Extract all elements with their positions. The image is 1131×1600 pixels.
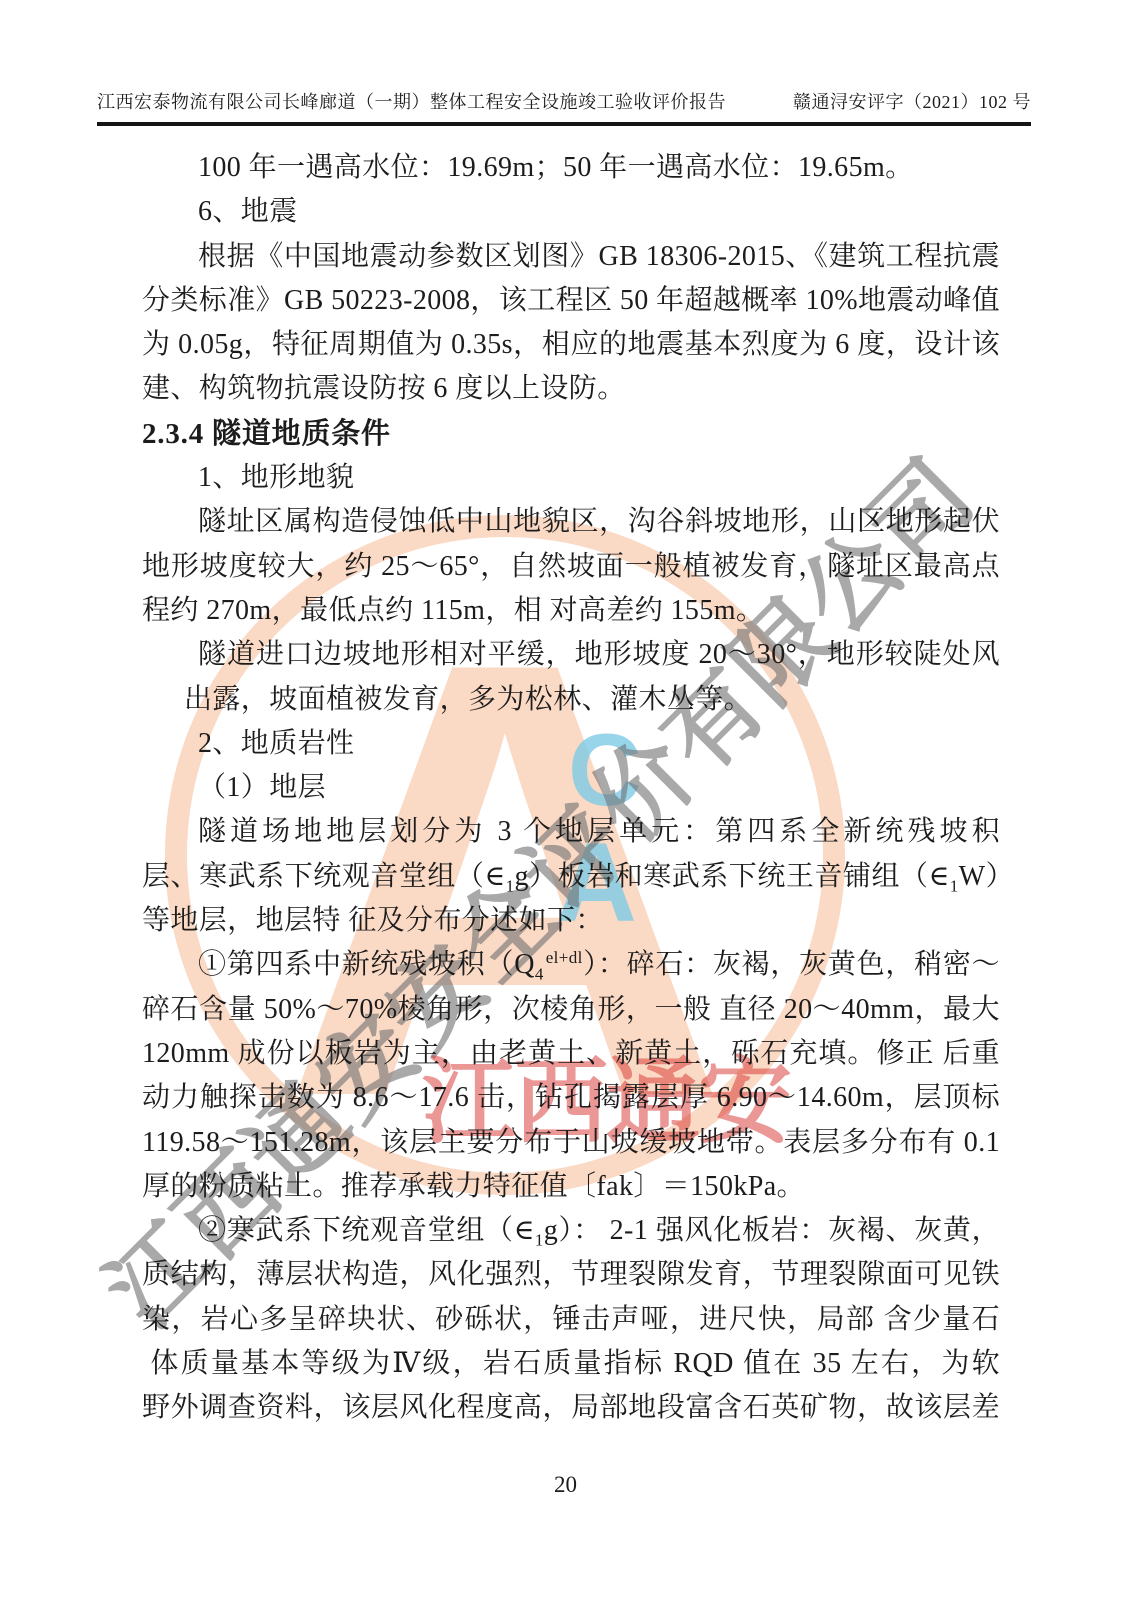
text-line: 动力触探击数为 8.6～17.6 击，钻孔揭露层厚 6.90～14.60m，层顶… [142, 1076, 1000, 1120]
text-line: ①第四系中新统残坡积（Q4el+dl）：碎石：灰褐，灰黄色，稍密～中密， [142, 943, 1000, 987]
text-line: 野外调查资料，该层风化程度高，局部地段富含石英矿物，故该层差异风化 [142, 1386, 1000, 1430]
text-line: 厚的粉质粘土。推荐承载力特征值〔fak〕＝150kPa。 [142, 1165, 1000, 1209]
text-line: 120mm 成份以板岩为主，由老黄土、新黄土，砾石充填。修正 后重型圆锥 [142, 1032, 1000, 1076]
text-line: 体质量基本等级为Ⅳ级，岩石质量指标 RQD 值在 35 左右，为软岩。根据 [142, 1342, 1000, 1386]
text-line: ②寒武系下统观音堂组（∈1g）： 2-1 强风化板岩：灰褐、灰黄，砂泥 [142, 1209, 1000, 1253]
text-line: 119.58～151.28m，该层主要分布于山坡缓坡地带。表层多分布有 0.1～… [142, 1121, 1000, 1165]
text-line: 隧道场地地层划分为 3 个地层单元：第四系全新统残坡积（Q4el+dl） [142, 810, 1000, 854]
page-number: 20 [0, 1472, 1131, 1498]
text-line: 分类标准》GB 50223-2008，该工程区 50 年超越概率 10%地震动峰… [142, 279, 1000, 323]
text-line: 1、地形地貌 [142, 456, 1000, 500]
text-line: 层、寒武系下统观音堂组（∈1g）板岩和寒武系下统王音铺组（∈1W）页岩 [142, 855, 1000, 899]
text-line: 6、地震 [142, 190, 1000, 234]
document-page: { "header": { "left": "江西宏泰物流有限公司长峰廊道（一期… [0, 0, 1131, 1600]
text-line: 等地层，地层特 征及分布分述如下： [142, 899, 1000, 943]
text-line: 2、地质岩性 [142, 722, 1000, 766]
text-line: 质结构，薄层状构造，风化强烈，节理裂隙发育，节理裂隙面可见铁锰质侵 [142, 1253, 1000, 1297]
text-line: 2.3.4 隧道地质条件 [142, 412, 1000, 456]
text-line: 程约 270m，最低点约 115m，相 对高差约 155m。 [142, 589, 1000, 633]
header-document-number: 赣通浔安评字（2021）102 号 [793, 88, 1031, 114]
text-line: 地形坡度较大，约 25～65°，自然坡面一般植被发育，隧址区最高点地面高 [142, 545, 1000, 589]
text-line: 碎石含量 50%～70%棱角形，次棱角形，一般 直径 20～40mm，最大粒径 [142, 988, 1000, 1032]
page-header: 江西宏泰物流有限公司长峰廊道（一期）整体工程安全设施竣工验收评价报告 赣通浔安评… [97, 88, 1031, 126]
header-divider-line [97, 122, 1031, 126]
text-line: 建、构筑物抗震设防按 6 度以上设防。 [142, 367, 1000, 411]
text-line: 染，岩心多呈碎块状、砂砾状，锤击声哑，进尺快，局部 含少量石英，岩 [142, 1298, 1000, 1342]
text-line: 为 0.05g，特征周期值为 0.35s，相应的地震基本烈度为 6 度，设计该项… [142, 323, 1000, 367]
text-line: （1）地层 [142, 766, 1000, 810]
text-line: 出露，坡面植被发育，多为松林、灌木丛等。 [142, 678, 1000, 722]
text-line: 隧道进口边坡地形相对平缓，地形坡度 20～30°，地形较陡处风化基岩 [142, 633, 1000, 677]
text-line: 隧址区属构造侵蚀低中山地貌区，沟谷斜坡地形，山区地形起伏较大， [142, 500, 1000, 544]
header-report-title: 江西宏泰物流有限公司长峰廊道（一期）整体工程安全设施竣工验收评价报告 [97, 88, 726, 114]
text-line: 100 年一遇高水位：19.69m；50 年一遇高水位：19.65m。 [142, 146, 1000, 190]
text-line: 根据《中国地震动参数区划图》GB 18306-2015、《建筑工程抗震设防 [142, 235, 1000, 279]
document-body: 100 年一遇高水位：19.69m；50 年一遇高水位：19.65m。6、地震根… [142, 146, 1000, 1431]
